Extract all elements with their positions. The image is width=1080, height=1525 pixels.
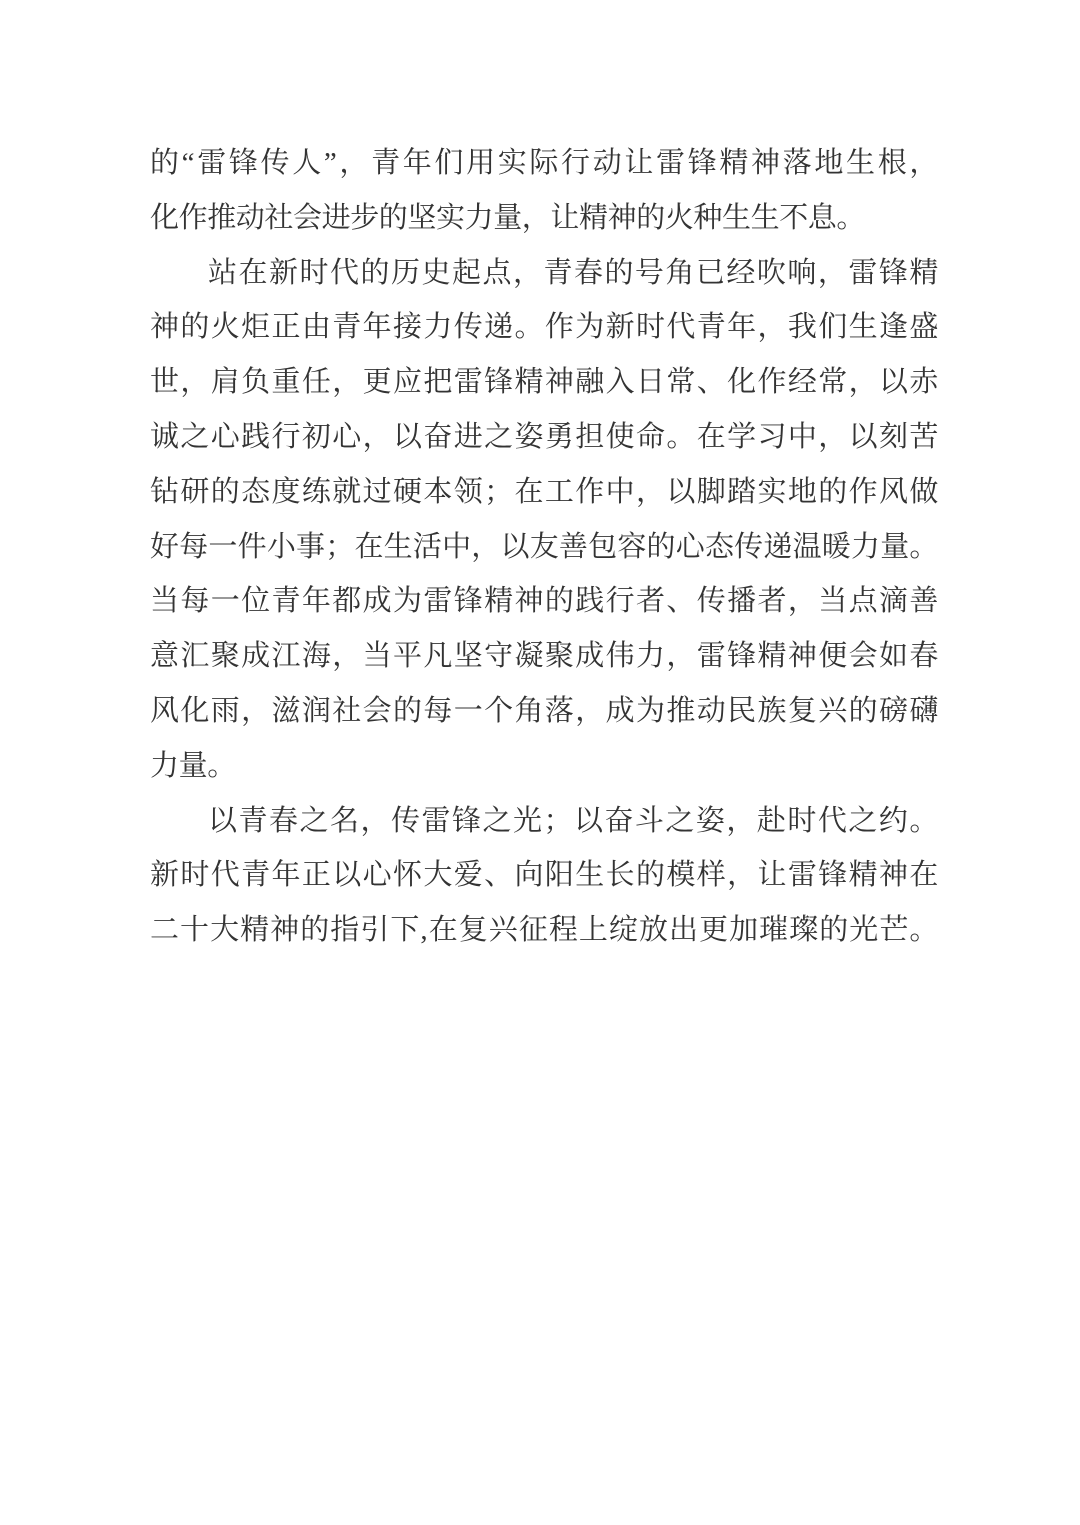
text-line-9: 当每一位青年都成为雷锋精神的践行者、传播者，当点滴善	[150, 574, 938, 629]
text-line-11: 风化雨，滋润社会的每一个角落，成为推动民族复兴的磅礴	[150, 684, 938, 739]
text-line-10: 意汇聚成江海，当平凡坚守凝聚成伟力，雷锋精神便会如春	[150, 629, 938, 684]
essay-body: 的“雷锋传人”，青年们用实际行动让雷锋精神落地生根， 化作推动社会进步的坚实力量…	[150, 136, 938, 958]
text-line-14: 新时代青年正以心怀大爱、向阳生长的模样，让雷锋精神在	[150, 848, 938, 903]
text-line-7: 钻研的态度练就过硬本领；在工作中，以脚踏实地的作风做	[150, 465, 938, 520]
text-line-5: 世，肩负重任，更应把雷锋精神融入日常、化作经常，以赤	[150, 355, 938, 410]
text-line-1: 的“雷锋传人”，青年们用实际行动让雷锋精神落地生根，	[150, 136, 938, 191]
text-line-6: 诚之心践行初心，以奋进之姿勇担使命。在学习中，以刻苦	[150, 410, 938, 465]
text-line-4: 神的火炬正由青年接力传递。作为新时代青年，我们生逢盛	[150, 300, 938, 355]
text-line-13: 以青春之名，传雷锋之光；以奋斗之姿，赴时代之约。	[150, 794, 938, 849]
text-line-3: 站在新时代的历史起点，青春的号角已经吹响，雷锋精	[150, 246, 938, 301]
text-line-15: 二十大精神的指引下,在复兴征程上绽放出更加璀璨的光芒。	[150, 903, 938, 958]
text-line-12: 力量。	[150, 739, 938, 794]
text-line-2: 化作推动社会进步的坚实力量，让精神的火种生生不息。	[150, 191, 938, 246]
document-page: 的“雷锋传人”，青年们用实际行动让雷锋精神落地生根， 化作推动社会进步的坚实力量…	[0, 0, 1080, 1525]
text-line-8: 好每一件小事；在生活中，以友善包容的心态传递温暖力量。	[150, 520, 938, 575]
